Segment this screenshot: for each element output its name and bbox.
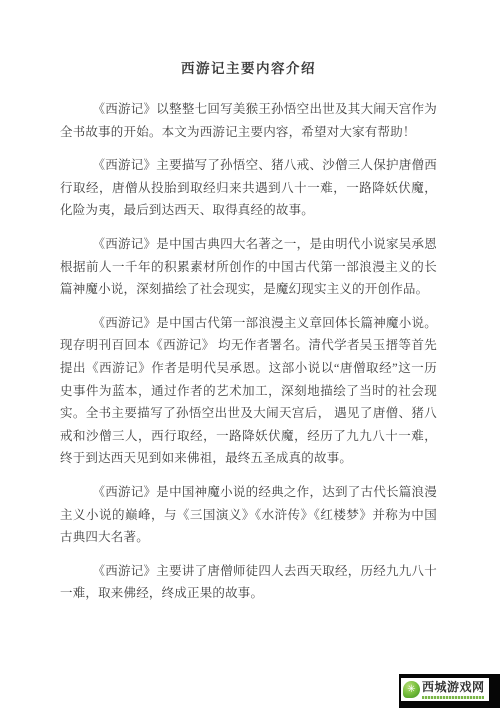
document-page: 西游记主要内容介绍 《西游记》以整整七回写美猴王孙悟空出世及其大闹天宫作为全书故…: [0, 0, 500, 708]
watermark-logo-box: ✳ 西城游戏网: [401, 678, 489, 701]
paragraph-intro: 《西游记》以整整七回写美猴王孙悟空出世及其大闹天宫作为全书故事的开始。本文为西游…: [60, 98, 437, 143]
site-name-label: 西城游戏网: [422, 681, 485, 694]
paragraph-four-masterpieces: 《西游记》是中国神魔小说的经典之作，达到了古代长篇浪漫主义小说的巅峰，与《三国演…: [60, 481, 437, 549]
paragraph-authorship-history: 《西游记》是中国古代第一部浪漫主义章回体长篇神魔小说。现存明刊百回本《西游记》 …: [60, 312, 437, 470]
leaf-globe-icon: ✳: [403, 681, 420, 698]
paragraph-main-plot: 《西游记》主要描写了孙悟空、猪八戒、沙僧三人保护唐僧西行取经，唐僧从投胎到取经归…: [60, 154, 437, 222]
watermark-tagline-text: [422, 696, 484, 699]
watermark-text-column: 西城游戏网: [422, 681, 485, 699]
page-title: 西游记主要内容介绍: [60, 57, 437, 77]
paragraph-classic-status: 《西游记》是中国古典四大名著之一，是由明代小说家吴承恩根据前人一千年的积累素材所…: [60, 233, 437, 301]
paragraph-summary: 《西游记》主要讲了唐僧师徒四人去西天取经，历经九九八十一难，取来佛经，终成正果的…: [60, 560, 437, 605]
site-watermark: ✳ 西城游戏网: [399, 674, 500, 708]
